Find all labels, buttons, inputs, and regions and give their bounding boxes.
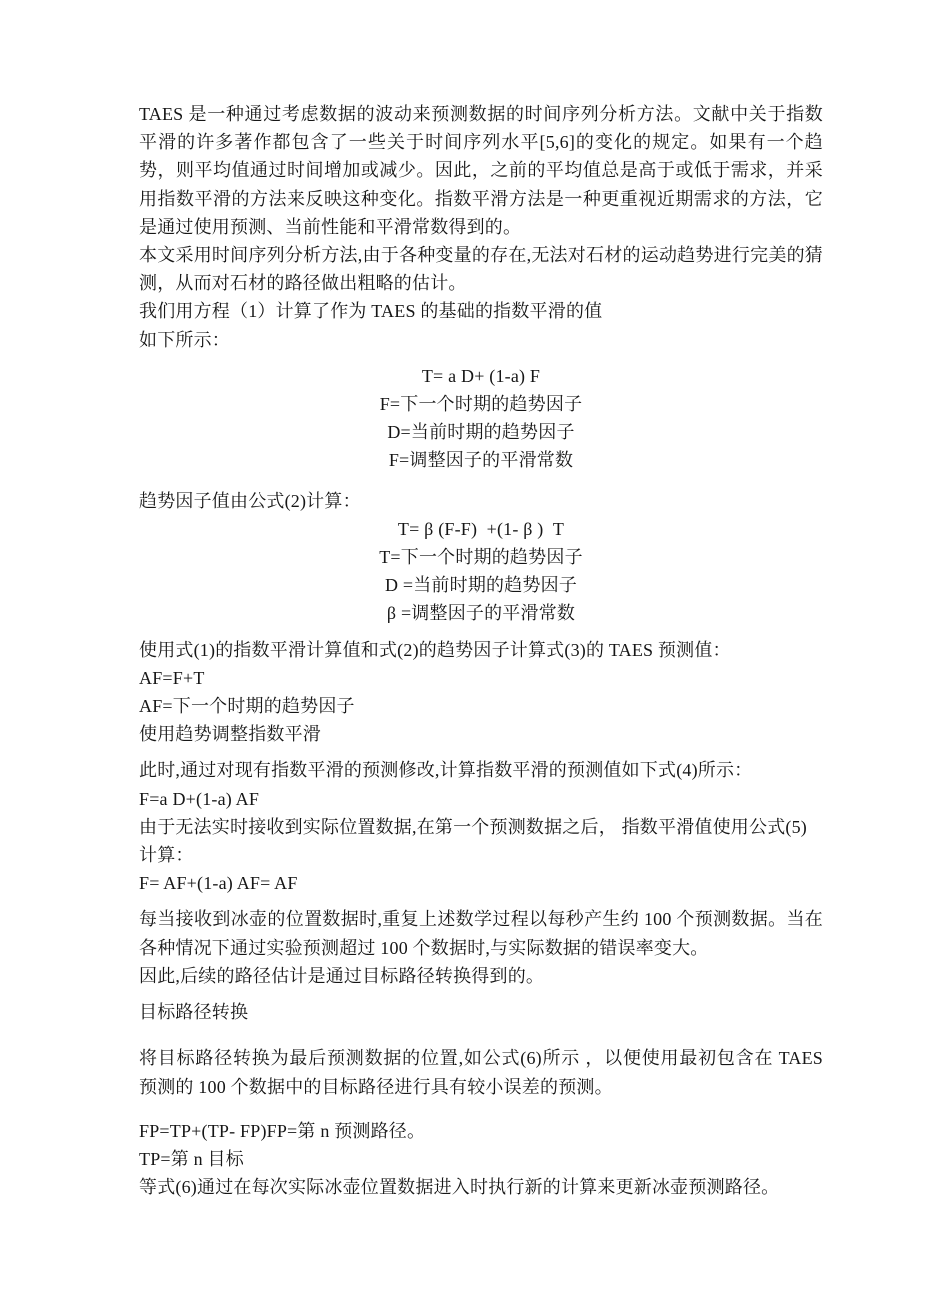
equation-5-formula: F= AF+(1-a) AF= AF (139, 869, 823, 897)
equation-6-def-target: TP=第 n 目标 (139, 1145, 823, 1173)
equation1-lead-in-2: 如下所示： (139, 326, 823, 354)
equation-2-def-current-period: D =当前时期的趋势因子 (139, 571, 823, 599)
target-path-conversion-section: 将目标路径转换为最后预测数据的位置,如公式(6)所示 ，以便使用最初包含在 TA… (139, 1044, 823, 1100)
equation-6-section: FP=TP+(TP- FP)FP=第 n 预测路径。 TP=第 n 目标 等式(… (139, 1117, 823, 1202)
equation-1-block: T= a D+ (1-a) F F=下一个时期的趋势因子 D=当前时期的趋势因子… (139, 362, 823, 475)
equation-2-formula: T= β (F-F) +(1- β ) T (139, 515, 823, 543)
equation-2-section: 趋势因子值由公式(2)计算： T= β (F-F) +(1- β ) T T=下… (139, 487, 823, 628)
equation-3-note: 使用趋势调整指数平滑 (139, 720, 823, 748)
equation-1-formula: T= a D+ (1-a) F (139, 362, 823, 390)
equation-3-def-next-period: AF=下一个时期的趋势因子 (139, 692, 823, 720)
paragraph-taes-intro: TAES 是一种通过考虑数据的波动来预测数据的时间序列分析方法。文献中关于指数平… (139, 100, 823, 241)
document-page: TAES 是一种通过考虑数据的波动来预测数据的时间序列分析方法。文献中关于指数平… (0, 0, 926, 1201)
equation-2-def-smoothing-constant: β =调整因子的平滑常数 (139, 599, 823, 627)
equation-6-formula: FP=TP+(TP- FP)FP=第 n 预测路径。 (139, 1117, 823, 1145)
equation-1-def-smoothing-constant: F=调整因子的平滑常数 (139, 446, 823, 474)
equation-2-lead-in: 趋势因子值由公式(2)计算： (139, 487, 823, 515)
equation-4-5-section: 此时,通过对现有指数平滑的预测修改,计算指数平滑的预测值如下式(4)所示： F=… (139, 756, 823, 897)
equation-6-update-note: 等式(6)通过在每次实际冰壶位置数据进入时执行新的计算来更新冰壶预测路径。 (139, 1173, 823, 1201)
equation-3-formula: AF=F+T (139, 664, 823, 692)
prediction-repeat-section: 每当接收到冰壶的位置数据时,重复上述数学过程以每秒产生约 100 个预测数据。当… (139, 905, 823, 990)
equation-1-def-next-period: F=下一个时期的趋势因子 (139, 390, 823, 418)
equation-3-section: 使用式(1)的指数平滑计算值和式(2)的趋势因子计算式(3)的 TAES 预测值… (139, 636, 823, 749)
equation-5-lead-in: 由于无法实时接收到实际位置数据,在第一个预测数据之后， 指数平滑值使用公式(5)… (139, 813, 823, 869)
equation1-lead-in: 我们用方程（1）计算了作为 TAES 的基础的指数平滑的值 (139, 297, 823, 325)
paragraph-method-statement: 本文采用时间序列分析方法,由于各种变量的存在,无法对石材的运动趋势进行完美的猜测… (139, 241, 823, 297)
equation-4-formula: F=a D+(1-a) AF (139, 785, 823, 813)
paragraph-prediction-rate: 每当接收到冰壶的位置数据时,重复上述数学过程以每秒产生约 100 个预测数据。当… (139, 905, 823, 961)
equation-1-def-current-period: D=当前时期的趋势因子 (139, 418, 823, 446)
equation-4-lead-in: 此时,通过对现有指数平滑的预测修改,计算指数平滑的预测值如下式(4)所示： (139, 756, 823, 784)
section-heading-target-path-conversion: 目标路径转换 (139, 998, 823, 1026)
equation-2-def-next-period: T=下一个时期的趋势因子 (139, 543, 823, 571)
equation-3-lead-in: 使用式(1)的指数平滑计算值和式(2)的趋势因子计算式(3)的 TAES 预测值… (139, 636, 823, 664)
path-estimate-conclusion: 因此,后续的路径估计是通过目标路径转换得到的。 (139, 962, 823, 990)
paragraph-target-path-conversion: 将目标路径转换为最后预测数据的位置,如公式(6)所示 ，以便使用最初包含在 TA… (139, 1044, 823, 1100)
